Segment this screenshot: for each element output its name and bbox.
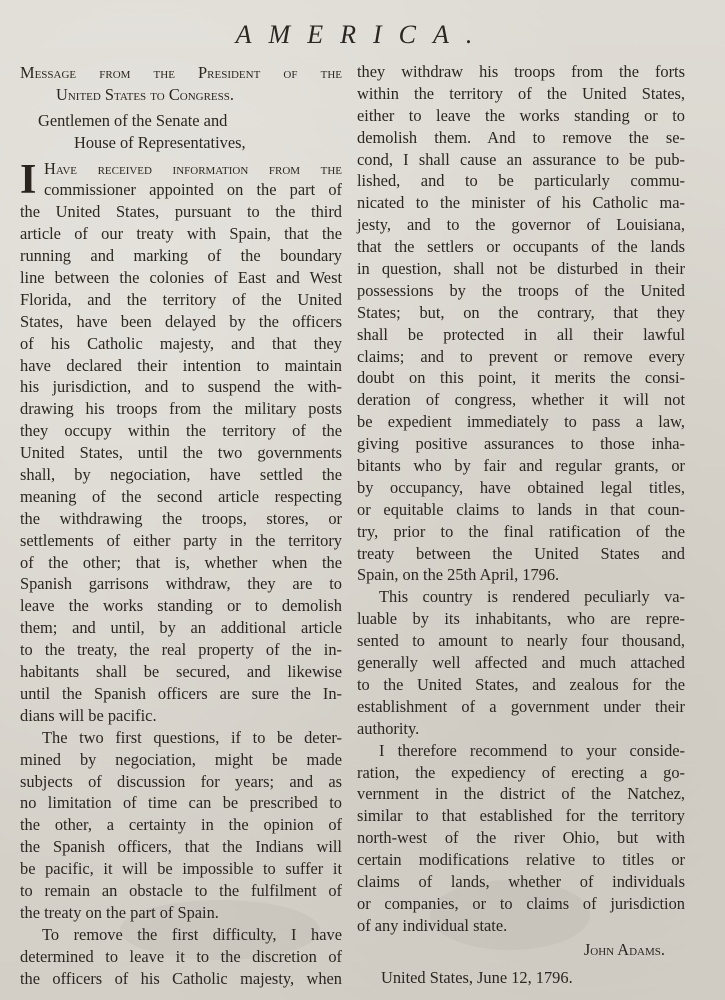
body-line: lished, and to be particularly commu- [357, 170, 685, 192]
body-line: Have received information from the [20, 158, 342, 180]
body-line: that the settlers or occupants of the la… [357, 236, 685, 258]
body-line: determined to leave it to the discretion… [20, 946, 342, 968]
body-line: of any individual state. [357, 915, 685, 937]
body-line: The two first questions, if to be deter- [20, 727, 342, 749]
body-line: demolish them. And to remove the se- [357, 127, 685, 149]
body-line: they withdraw his troops from the forts [357, 61, 685, 83]
body-line: claims of lands, whether of individuals [357, 871, 685, 893]
body-line: cond, I shall cause an assurance to be p… [357, 149, 685, 171]
body-line: settlements of either party in the terri… [20, 530, 342, 552]
body-line: dians will be pacific. [20, 705, 342, 727]
document-page: AMERICA. Message from the President of t… [0, 0, 725, 1000]
body-line: running and marking of the boundary [20, 245, 342, 267]
body-line: shall, by negociation, have settled the [20, 464, 342, 486]
body-line: they occupy within the territory of the [20, 420, 342, 442]
body-line: bitants who by fair and regular grants, … [357, 455, 685, 477]
body-line: to the United States, and zealous for th… [357, 674, 685, 696]
body-line: certain modifications relative to titles… [357, 849, 685, 871]
body-line: the United States, pursuant to the third [20, 201, 342, 223]
body-line: within the territory of the United State… [357, 83, 685, 105]
body-line: the other, a certainty in the opinion of [20, 814, 342, 836]
body-line: giving positive assurances to those inha… [357, 433, 685, 455]
body-line: vernment in the district of the Natchez, [357, 783, 685, 805]
body-line: generally well affected and much attache… [357, 652, 685, 674]
body-line: either to leave the works standing or to [357, 105, 685, 127]
body-line: United States, until the two governments [20, 442, 342, 464]
body-line: habitants shall be secured, and likewise [20, 661, 342, 683]
body-line: drawing his troops from the military pos… [20, 398, 342, 420]
salutation-line-1: Gentlemen of the Senate and [20, 110, 342, 132]
message-heading-line-1: Message from the President of the [20, 62, 342, 84]
body-line: them; and until, by an additional articl… [20, 617, 342, 639]
salutation-line-2: House of Representatives, [20, 132, 342, 154]
body-line: or equitable claims to lands in that cou… [357, 499, 685, 521]
body-line: the Spanish officers, that the Indians w… [20, 836, 342, 858]
message-heading-line-2: United States to Congress. [20, 84, 342, 106]
body-line: be expedient immediately to pass a law, [357, 411, 685, 433]
body-line: States, have been delayed by the officer… [20, 311, 342, 333]
body-line: the treaty on the part of Spain. [20, 902, 342, 924]
body-line: his jurisdiction, and to suspend the wit… [20, 376, 342, 398]
body-line: have declared their intention to maintai… [20, 355, 342, 377]
body-line: treaty between the United States and [357, 543, 685, 565]
body-line: Spanish garrisons withdraw, they are to [20, 573, 342, 595]
body-line: Florida, and the territory of the United [20, 289, 342, 311]
drop-cap: I [20, 160, 36, 200]
signature: John Adams. [357, 939, 685, 961]
body-line: This country is rendered peculiarly va- [357, 586, 685, 608]
body-line: or companies, or to claims of jurisdicti… [357, 893, 685, 915]
body-line: doubt on this point, it merits the consi… [357, 367, 685, 389]
body-line: the withdrawing the troops, stores, or [20, 508, 342, 530]
body-line: luable by its inhabitants, who are repre… [357, 608, 685, 630]
right-column: they withdraw his troops from the forts … [357, 61, 685, 988]
body-line: To remove the first difficulty, I have [20, 924, 342, 946]
body-line: in question, shall not be disturbed in t… [357, 258, 685, 280]
body-line: jesty, and to the governor of Louisiana, [357, 214, 685, 236]
body-line: States; but, on the contrary, that they [357, 302, 685, 324]
body-line: commissioner appointed on the part of [20, 179, 342, 201]
body-line: shall be protected in all their lawful [357, 324, 685, 346]
body-line: establishment of a government under thei… [357, 696, 685, 718]
body-line: article of our treaty with Spain, that t… [20, 223, 342, 245]
body-line: claims; and to prevent or remove every [357, 346, 685, 368]
body-line: to the treaty, the real property of the … [20, 639, 342, 661]
body-line: by occupancy, have obtained legal titles… [357, 477, 685, 499]
body-line: until the Spanish officers are sure the … [20, 683, 342, 705]
running-head: AMERICA. [0, 20, 725, 50]
body-line: the officers of his Catholic majesty, wh… [20, 968, 342, 990]
body-line: leave the works standing or to demolish [20, 595, 342, 617]
body-line: I therefore recommend to your conside- [357, 740, 685, 762]
body-line: north-west of the river Ohio, but with [357, 827, 685, 849]
opening-paragraph: I Have received information from the com… [20, 158, 342, 727]
body-line: line between the colonies of East and We… [20, 267, 342, 289]
body-line: of his Catholic majesty, and that they [20, 333, 342, 355]
body-line: no limitation of time can be prescribed … [20, 792, 342, 814]
body-line: meaning of the second article respecting [20, 486, 342, 508]
left-column: Message from the President of the United… [20, 62, 342, 989]
body-line: Spain, on the 25th April, 1796. [357, 564, 685, 586]
body-line: similar to that established for the terr… [357, 805, 685, 827]
body-line: subjects of discussion for years; and as [20, 771, 342, 793]
body-line: ration, the expediency of erecting a go- [357, 762, 685, 784]
body-line: to remain an obstacle to the fulfilment … [20, 880, 342, 902]
body-line: of the other; that is, whether when the [20, 552, 342, 574]
body-line: authority. [357, 718, 685, 740]
body-line: mined by negociation, might be made [20, 749, 342, 771]
body-line: possessions by the troops of the United [357, 280, 685, 302]
body-line: deration of congress, whether it will no… [357, 389, 685, 411]
body-line: nicated to the minister of his Catholic … [357, 192, 685, 214]
body-line: sented to amount to nearly four thousand… [357, 630, 685, 652]
dateline: United States, June 12, 1796. [357, 967, 685, 989]
body-line: be pacific, it will be impossible to suf… [20, 858, 342, 880]
body-line: try, prior to the final ratification of … [357, 521, 685, 543]
